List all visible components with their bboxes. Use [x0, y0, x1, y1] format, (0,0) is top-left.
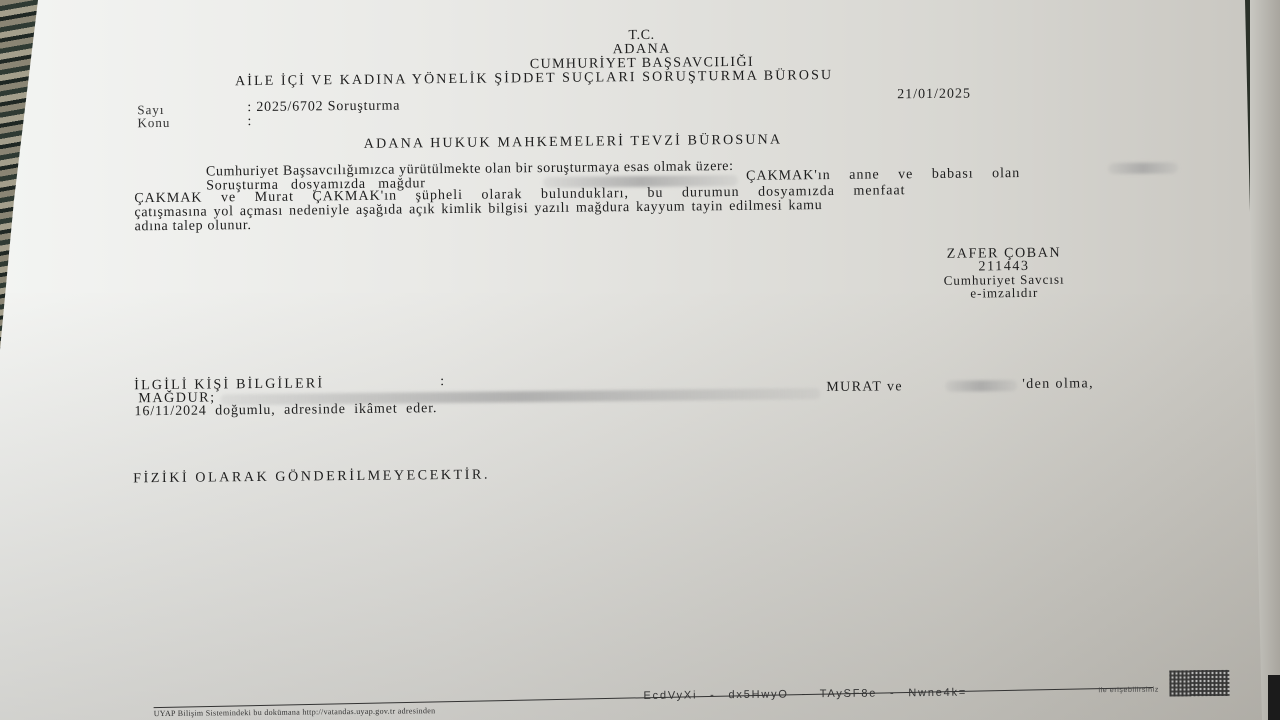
verification-code: EcdVyXi - dx5HwyO - TAySF8e - Nwne4k= — [643, 687, 967, 702]
sayi-value: : 2025/6702 Soruşturma — [247, 98, 400, 116]
birth-address-line: 16/11/2024 doğumlu, adresinde ikâmet ede… — [134, 401, 437, 420]
qr-code-icon — [1169, 670, 1229, 697]
e-signature-note: e-imzalıdır — [914, 284, 1094, 302]
footer-suffix: ile erişebilirsiniz — [1098, 687, 1158, 695]
redaction — [945, 380, 1017, 392]
footer-text: UYAP Bilişim Sistemindeki bu dokümana ht… — [154, 706, 436, 718]
body-line-5: adına talep olunur. — [134, 218, 251, 235]
document-content: T.C. ADANA CUMHURİYET BAŞSAVCILIĞI AİLE … — [0, 0, 1266, 720]
document-paper: T.C. ADANA CUMHURİYET BAŞSAVCILIĞI AİLE … — [0, 0, 1262, 720]
konu-value: : — [247, 114, 252, 130]
mother-suffix: 'den olma, — [1022, 376, 1094, 393]
father-name: MURAT ve — [826, 379, 903, 396]
header-bureau: AİLE İÇİ VE KADINA YÖNELİK ŞİDDET SUÇLAR… — [235, 68, 833, 90]
addressee: ADANA HUKUK MAHKEMELERİ TEVZİ BÜROSUNA — [364, 132, 783, 152]
body-line-2b: ÇAKMAK'ın anne ve babası olan — [746, 166, 1020, 185]
related-heading-colon: : — [440, 374, 445, 390]
redaction — [1108, 162, 1178, 174]
document-date: 21/01/2025 — [897, 87, 971, 104]
physical-delivery-notice: FİZİKİ OLARAK GÖNDERİLMEYECEKTİR. — [133, 468, 490, 488]
konu-label: Konu — [137, 115, 170, 131]
